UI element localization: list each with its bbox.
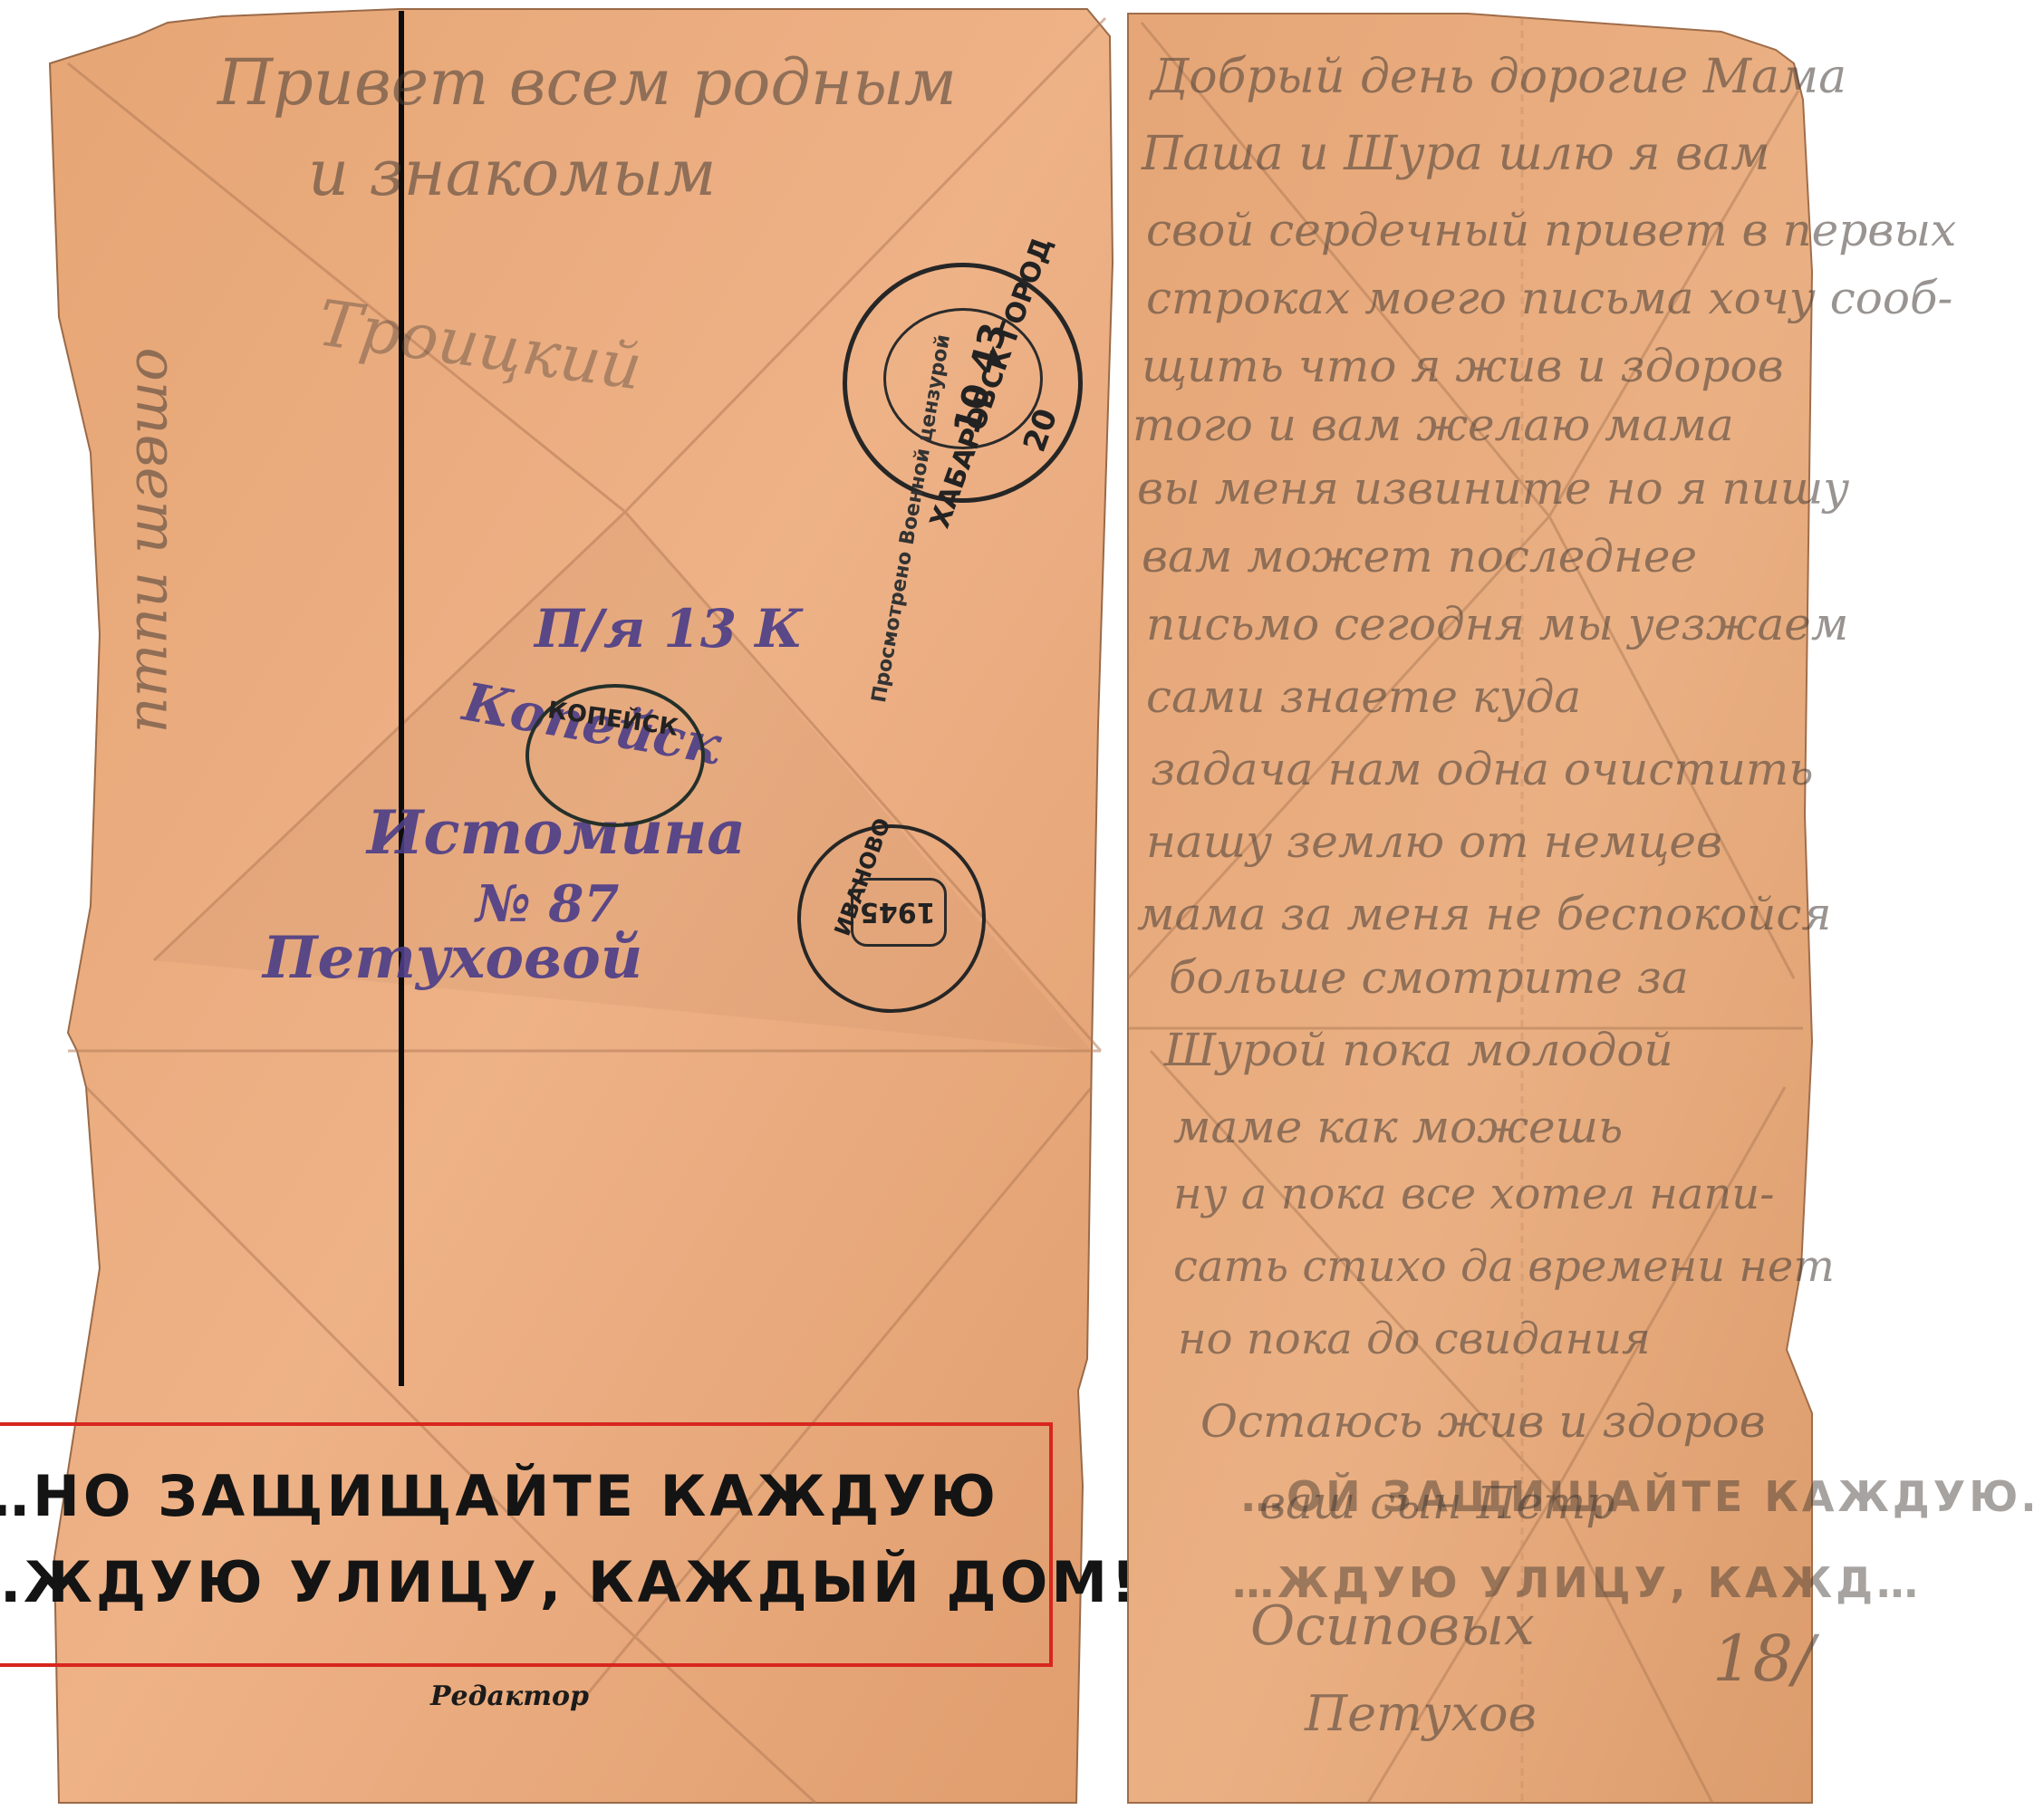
letter-line: маме как можешь bbox=[1173, 1101, 1623, 1153]
letter-line: ну а пока все хотел напи- bbox=[1173, 1169, 1774, 1219]
letter-line: Остаюсь жив и здоров bbox=[1200, 1395, 1766, 1448]
greeting-note-line-1: Привет всем родным bbox=[217, 45, 957, 120]
date-note: 18/ bbox=[1712, 1622, 1815, 1696]
letter-line: ваш сын Петр bbox=[1259, 1477, 1615, 1529]
letter-line: вы меня извините но я пишу bbox=[1137, 462, 1849, 515]
signature: Петухов bbox=[1305, 1685, 1537, 1742]
editor-label: Редактор bbox=[430, 1680, 589, 1712]
address-divider-line bbox=[399, 11, 404, 1386]
postmark-khabarovsk: 10 43 ХАБАРОВСК ГОРОД 20 bbox=[843, 263, 1083, 503]
address-line-1: П/я 13 К bbox=[535, 598, 803, 660]
address-line-5: Петуховой bbox=[263, 924, 642, 992]
letter-inner-side: Добрый день дорогие Мама Паша и Шура шлю… bbox=[1123, 0, 2034, 1820]
greeting-note-line-2: и знакомым bbox=[308, 136, 716, 210]
letter-line: Шурой пока молодой bbox=[1164, 1024, 1673, 1076]
letter-line: сать стихо да времени нет bbox=[1173, 1241, 1835, 1292]
letter-line: задача нам одна очистить bbox=[1151, 743, 1814, 795]
slogan-frame bbox=[0, 1422, 1053, 1667]
slogan-line-2: …ЖДУЮ УЛИЦУ, КАЖДЫЙ ДОМ! bbox=[0, 1549, 1140, 1615]
letter-line: Паша и Шура шлю я вам bbox=[1142, 127, 1770, 181]
envelope-outer-side: Привет всем родным и знакомым ответ пиши… bbox=[0, 0, 1123, 1820]
letter-line: нашу землю от немцев bbox=[1146, 815, 1722, 868]
letter-line: сами знаете куда bbox=[1146, 670, 1581, 723]
letter-line: того и вам желаю мама bbox=[1133, 399, 1734, 451]
signature-surname: Осиповых bbox=[1250, 1594, 1535, 1658]
slogan-line-1: …НО ЗАЩИЩАЙТЕ КАЖДУЮ bbox=[0, 1463, 999, 1529]
postmark-kopeysk: КОПЕЙСК bbox=[525, 684, 705, 827]
letter-line: мама за меня не беспокойся bbox=[1137, 888, 1831, 940]
letter-line: письмо сегодня мы уезжаем bbox=[1146, 598, 1848, 650]
letter-line: больше смотрите за bbox=[1169, 951, 1689, 1004]
letter-line: строках моего письма хочу сооб- bbox=[1146, 272, 1952, 324]
reply-note-rotated: ответ пиши bbox=[123, 348, 189, 734]
letter-line: Добрый день дорогие Мама bbox=[1151, 50, 1846, 104]
letter-line: вам может последнее bbox=[1142, 530, 1697, 583]
letter-line: щить что я жив и здоров bbox=[1142, 340, 1784, 392]
letter-line: но пока до свидания bbox=[1178, 1314, 1651, 1364]
letter-line: свой сердечный привет в первых bbox=[1146, 204, 1956, 256]
postmark-ivanovo: 1945 ИВАНОВО bbox=[797, 824, 986, 1013]
